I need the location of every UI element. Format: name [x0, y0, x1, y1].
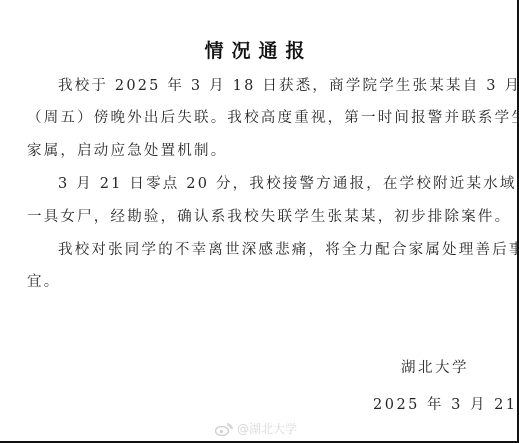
watermark-text: @湖北大学: [237, 422, 297, 436]
paragraph-2-line-2: 一具女尸，经勘验，确认系我校失联学生张某某，初步排除案件。: [27, 205, 511, 226]
paragraph-2-line-1: 3 月 21 日零点 20 分，我校接警方通报，在学校附近某水域发现: [58, 172, 519, 193]
weibo-icon: [215, 423, 233, 436]
document-page: 情况通报 我校于 2025 年 3 月 18 日获悉，商学院学生张某某自 3 月…: [0, 0, 519, 443]
weibo-watermark: @湖北大学: [215, 420, 297, 437]
paragraph-1-line-3: 家属，启动应急处置机制。: [27, 139, 227, 160]
paragraph-3-line-2: 宜。: [27, 270, 60, 291]
paragraph-3-line-1: 我校对张同学的不幸离世深感悲痛，将全力配合家属处理善后事: [58, 238, 519, 259]
signature-date: 2025 年 3 月 21 日: [373, 393, 519, 414]
document-title: 情况通报: [0, 36, 517, 63]
signature-org: 湖北大学: [401, 356, 469, 377]
paragraph-1-line-2: （周五）傍晚外出后失联。我校高度重视，第一时间报警并联系学生: [27, 106, 519, 127]
paragraph-1-line-1: 我校于 2025 年 3 月 18 日获悉，商学院学生张某某自 3 月 14 日: [58, 74, 519, 95]
